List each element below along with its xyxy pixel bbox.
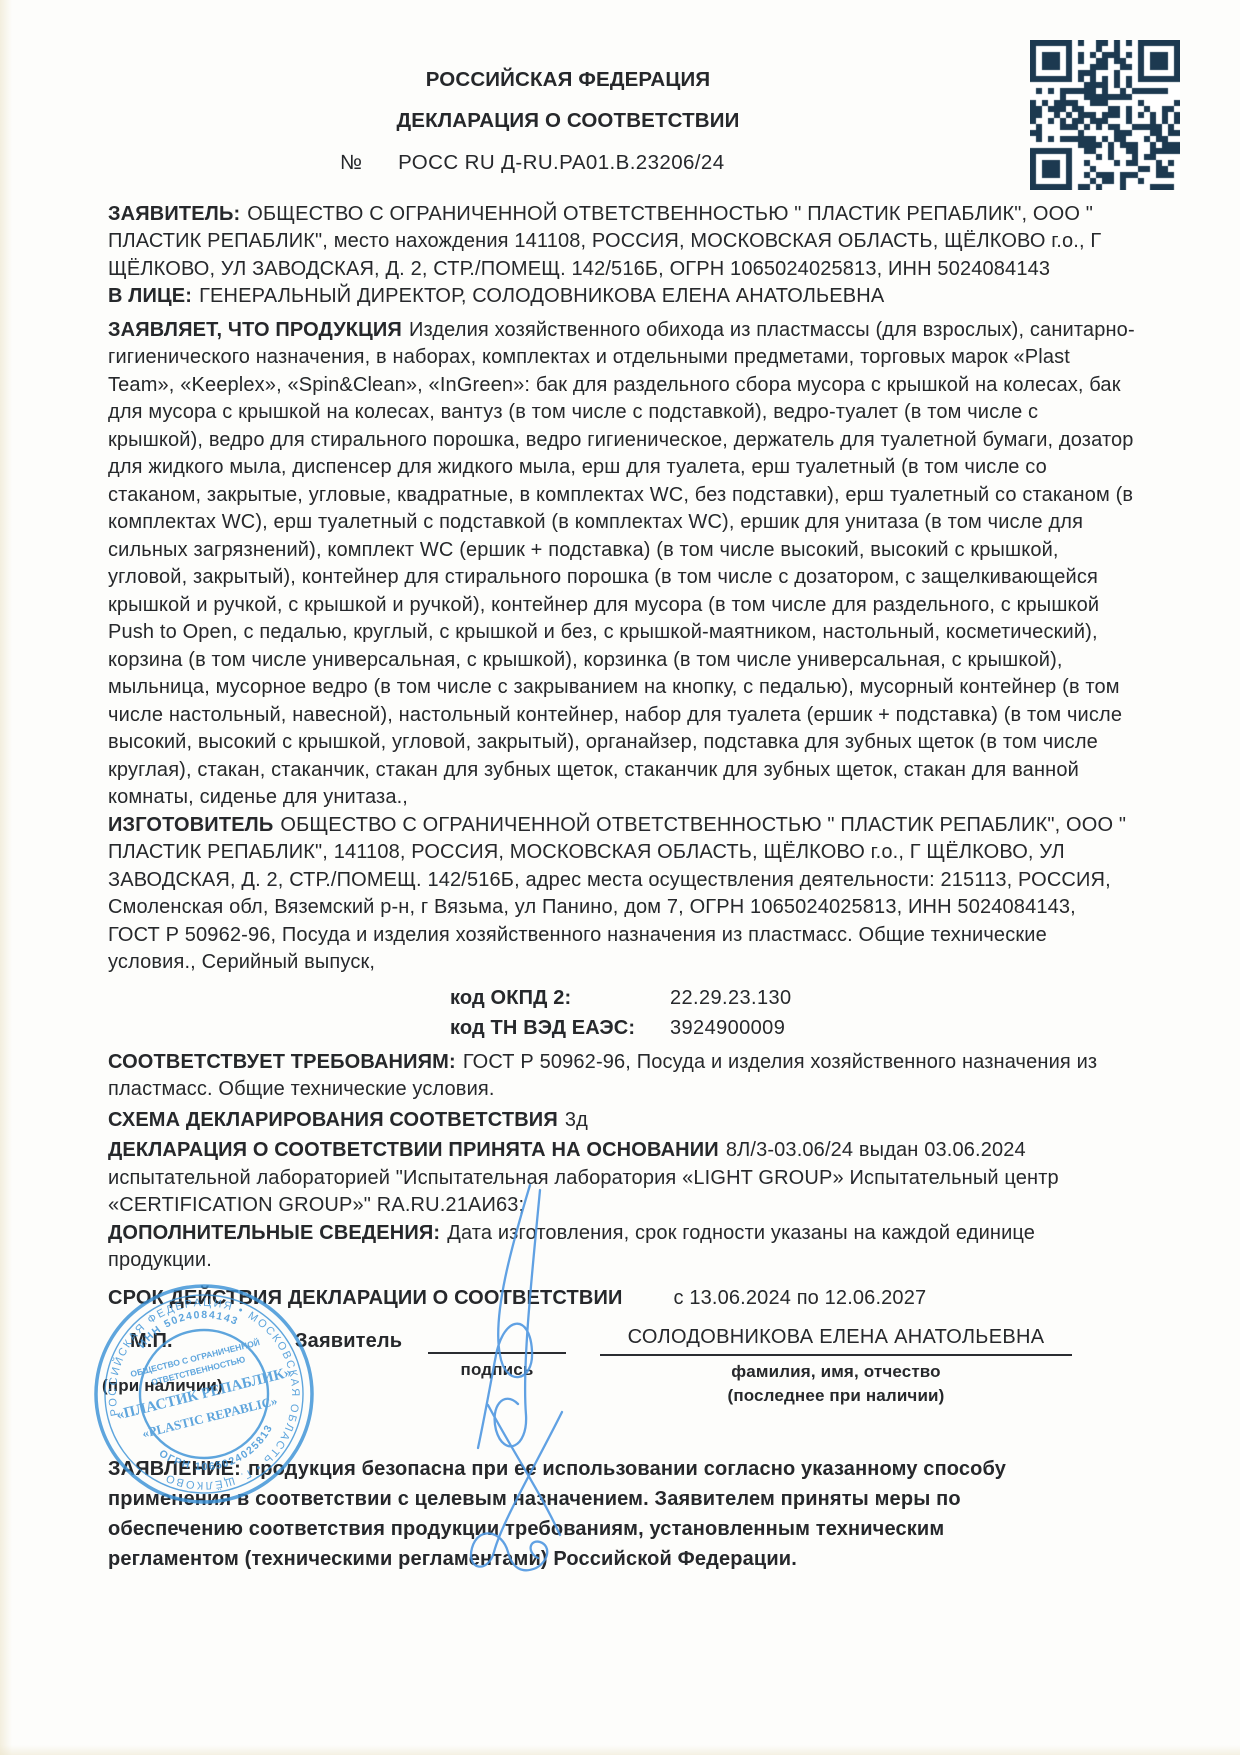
- applicant-paragraph: ЗАЯВИТЕЛЬ:ОБЩЕСТВО С ОГРАНИЧЕННОЙ ОТВЕТС…: [108, 201, 1138, 284]
- document-title: ДЕКЛАРАЦИЯ О СООТВЕТСТВИИ: [108, 107, 1028, 135]
- tnved-value: 3924900009: [670, 1015, 785, 1043]
- codes-block: код ОКПД 2: 22.29.23.130 код ТН ВЭД ЕАЭС…: [108, 985, 1138, 1045]
- scheme-value: 3д: [565, 1109, 588, 1131]
- okpd-label: код ОКПД 2:: [450, 985, 571, 1013]
- document-header: РОССИЙСКАЯ ФЕДЕРАЦИЯ ДЕКЛАРАЦИЯ О СООТВЕ…: [108, 66, 1028, 134]
- number-sign: №: [340, 151, 362, 174]
- product-paragraph: ЗАЯВЛЯЕТ, ЧТО ПРОДУКЦИЯИзделия хозяйстве…: [108, 317, 1138, 812]
- manufacturer-label: ИЗГОТОВИТЕЛЬ: [108, 814, 273, 836]
- scheme-paragraph: СХЕМА ДЕКЛАРИРОВАНИЯ СООТВЕТСТВИЯ3д: [108, 1107, 1138, 1135]
- represented-by-text: ГЕНЕРАЛЬНЫЙ ДИРЕКТОР, СОЛОДОВНИКОВА ЕЛЕН…: [199, 285, 884, 307]
- product-label: ЗАЯВЛЯЕТ, ЧТО ПРОДУКЦИЯ: [108, 319, 402, 341]
- scan-edge-left: [0, 0, 12, 1755]
- declaration-number: РОСС RU Д-RU.РА01.В.23206/24: [398, 151, 724, 174]
- product-text: Изделия хозяйственного обихода из пластм…: [108, 319, 1135, 809]
- scan-edge-bottom: [0, 1745, 1240, 1755]
- complies-paragraph: СООТВЕТСТВУЕТ ТРЕБОВАНИЯМ:ГОСТ Р 50962-9…: [108, 1049, 1138, 1104]
- represented-by-label: В ЛИЦЕ:: [108, 285, 192, 307]
- declaration-number-line: №РОСС RU Д-RU.РА01.В.23206/24: [108, 149, 1138, 177]
- country-title: РОССИЙСКАЯ ФЕДЕРАЦИЯ: [108, 66, 1028, 94]
- tnved-label: код ТН ВЭД ЕАЭС:: [450, 1015, 635, 1043]
- standard-paragraph: ГОСТ Р 50962-96, Посуда и изделия хозяйс…: [108, 922, 1138, 977]
- tnved-row: код ТН ВЭД ЕАЭС: 3924900009: [108, 1015, 1138, 1045]
- declaration-document: РОССИЙСКАЯ ФЕДЕРАЦИЯ ДЕКЛАРАЦИЯ О СООТВЕ…: [0, 0, 1240, 1755]
- scheme-label: СХЕМА ДЕКЛАРИРОВАНИЯ СООТВЕТСТВИЯ: [108, 1109, 558, 1131]
- manufacturer-paragraph: ИЗГОТОВИТЕЛЬОБЩЕСТВО С ОГРАНИЧЕННОЙ ОТВЕ…: [108, 812, 1138, 922]
- complies-label: СООТВЕТСТВУЕТ ТРЕБОВАНИЯМ:: [108, 1051, 456, 1073]
- represented-by-paragraph: В ЛИЦЕ:ГЕНЕРАЛЬНЫЙ ДИРЕКТОР, СОЛОДОВНИКО…: [108, 283, 1138, 311]
- signature-stroke-loop1: [478, 1185, 532, 1448]
- applicant-text: ОБЩЕСТВО С ОГРАНИЧЕННОЙ ОТВЕТСТВЕННОСТЬЮ…: [108, 203, 1101, 280]
- okpd-row: код ОКПД 2: 22.29.23.130: [108, 985, 1138, 1015]
- signature-stroke-cross: [488, 1405, 560, 1535]
- handwritten-signature: [390, 1150, 730, 1580]
- applicant-label: ЗАЯВИТЕЛЬ:: [108, 203, 240, 225]
- signature-stroke-tail: [471, 1412, 562, 1570]
- okpd-value: 22.29.23.130: [670, 985, 792, 1013]
